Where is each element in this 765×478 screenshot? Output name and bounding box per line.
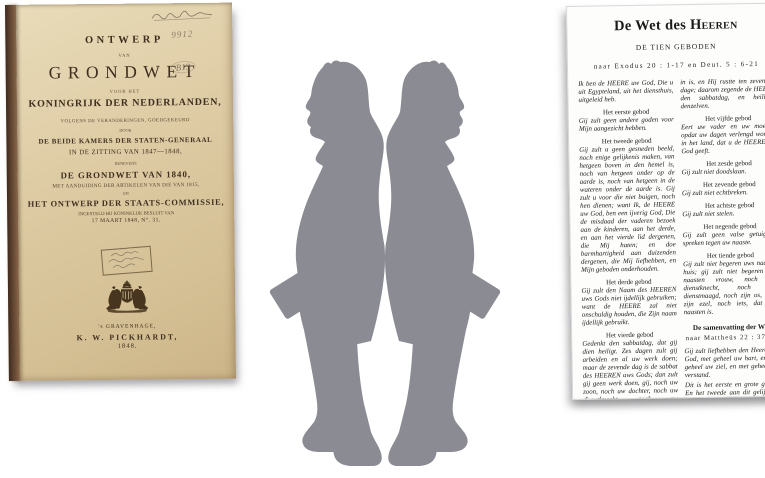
book-line-kamers: DE BEIDE KAMERS DER STATEN-GENERAAL xyxy=(17,137,233,146)
commandment-section: Ik ben de HEERE uw God, Die u uit Egypte… xyxy=(578,79,673,104)
left-column: Ik ben de HEERE uw God, Die u uit Egypte… xyxy=(578,79,679,400)
collage-canvas: 9912 B13 ONTWERP VAN GRONDWET VOOR HET K… xyxy=(0,0,765,478)
section-heading: Het zevende gebod xyxy=(682,181,765,189)
title-name: Heeren xyxy=(690,16,738,33)
handwritten-number: 9912 xyxy=(144,27,220,42)
left-man-silhouette xyxy=(269,61,385,466)
library-stamp xyxy=(101,246,153,276)
title-prefix: De Wet des xyxy=(614,17,686,34)
book-line-zitting: IN DE ZITTING VAN 1847—1848, xyxy=(18,149,234,158)
section-body: Gij zult den Naam des HEEREN uws Gods ni… xyxy=(581,286,677,327)
section-body: Gij zult niet begeren uws naasten huis; … xyxy=(683,260,765,317)
section-body: Gij zult geen andere goden voor Mijn aan… xyxy=(579,116,674,133)
book-line-publisher: K. W. PICKHARDT, xyxy=(19,332,235,342)
commandment-section: Het achtste gebod Gij zult niet stelen. xyxy=(682,202,765,219)
book-line-voor-het: VOOR HET xyxy=(17,88,233,95)
ten-commandments-page: De Wet des Heeren DE TIEN GEBODEN naar E… xyxy=(566,3,765,400)
book-line-benevens: BENEVENS xyxy=(18,160,234,166)
commandment-section: Het negende gebod Gij zult geen valse ge… xyxy=(682,223,765,248)
book-line-aanduiding: MET AANDUIDING DER ARTIKELEN VAN DIE VAN… xyxy=(18,182,234,189)
section-body: Gij zult geen valse getuigenis spreken t… xyxy=(683,231,765,248)
book-line-door: DOOR xyxy=(17,127,233,133)
section-body: Gedenkt den sabbatdag, dat gij dien heil… xyxy=(582,339,679,400)
book-line-en: EN xyxy=(18,191,234,197)
commandment-section: Het tweede gebod Gij zult u geen gesnede… xyxy=(579,137,676,274)
commandment-section: Het vijfde gebod Eert uw vader en uw moe… xyxy=(681,115,765,156)
section-heading: Het tiende gebod xyxy=(683,252,765,260)
section-body: in is, en Hij rustte ten zevenden dage; … xyxy=(680,78,765,111)
summary-paragraph: Gij zult liefhebben den Heere, uw God, m… xyxy=(684,347,765,380)
summary-paragraph: Dit is het eerste en grote gebod. En het… xyxy=(685,381,765,400)
summary-heading: De samenvatting der Wet xyxy=(684,323,765,332)
document-reference: naar Exodus 20 : 1-17 en Deut. 5 : 6-21 xyxy=(578,60,765,71)
commandment-section: Het vierde gebod Gedenkt den sabbatdag, … xyxy=(582,331,679,400)
document-title: De Wet des Heeren xyxy=(577,16,765,36)
summary-reference: naar Mattheüs 22 : 37-40 xyxy=(684,334,765,342)
section-body: Gij zult u geen gesneden beeld, noch eni… xyxy=(579,145,676,274)
section-body: Gij zult niet echtbreken. xyxy=(682,189,765,198)
section-heading: Het vijfde gebod xyxy=(681,115,765,123)
right-man-silhouette xyxy=(385,61,501,466)
right-column: in is, en Hij rustte ten zevenden dage; … xyxy=(680,78,765,400)
section-heading: Het zesde gebod xyxy=(681,160,765,168)
section-heading: Het vierde gebod xyxy=(582,331,677,339)
section-heading: Het achtste gebod xyxy=(682,202,765,210)
section-heading: Het negende gebod xyxy=(682,223,765,231)
document-subtitle: DE TIEN GEBODEN xyxy=(578,41,765,53)
book-line-year: 1848. xyxy=(20,343,236,352)
section-body: Ik ben de HEERE uw God, Die u uit Egypte… xyxy=(578,79,673,104)
commandment-section: Het eerste gebod Gij zult geen andere go… xyxy=(579,108,674,133)
book-line-volgens: VOLGENS DE VERANDERINGEN, GOEDGEKEURD xyxy=(17,119,233,126)
book-line-grondwet-1840: DE GRONDWET VAN 1840, xyxy=(18,170,234,181)
handwritten-shelfmark: B13 xyxy=(170,60,196,74)
royal-coat-of-arms-icon xyxy=(98,278,156,313)
commandment-section: Het zesde gebod Gij zult niet doodslaan. xyxy=(681,160,765,177)
book-line-datum: 17 MAART 1848, N°. 31. xyxy=(18,218,234,226)
commandment-section: Het derde gebod Gij zult den Naam des HE… xyxy=(581,278,677,327)
commandment-section: Het zevende gebod Gij zult niet echtbrek… xyxy=(682,181,765,198)
commandment-section: in is, en Hij rustte ten zevenden dage; … xyxy=(680,78,765,111)
book-line-staats-commissie: HET ONTWERP DER STAATS-COMMISSIE, xyxy=(18,199,234,210)
handwritten-inscription-icon xyxy=(150,10,214,23)
commandment-section: Het tiende gebod Gij zult niet begeren u… xyxy=(683,252,765,317)
book-line-gravenhage: 's GRAVENHAGE, xyxy=(19,324,235,332)
section-body: Gij zult niet doodslaan. xyxy=(682,168,765,177)
book-cover-text: 9912 B13 ONTWERP VAN GRONDWET VOOR HET K… xyxy=(16,3,236,381)
grondwet-book-cover: 9912 B13 ONTWERP VAN GRONDWET VOOR HET K… xyxy=(5,3,236,381)
section-body: Eert uw vader en uw moeder, opdat uw dag… xyxy=(681,123,765,156)
book-line-koningrijk: KONINGRIJK DER NEDERLANDEN, xyxy=(17,98,233,110)
section-body: Gij zult niet stelen. xyxy=(682,210,765,219)
handwritten-annotations: 9912 B13 xyxy=(144,9,221,76)
two-column-text: Ik ben de HEERE uw God, Die u uit Egypte… xyxy=(578,78,765,400)
